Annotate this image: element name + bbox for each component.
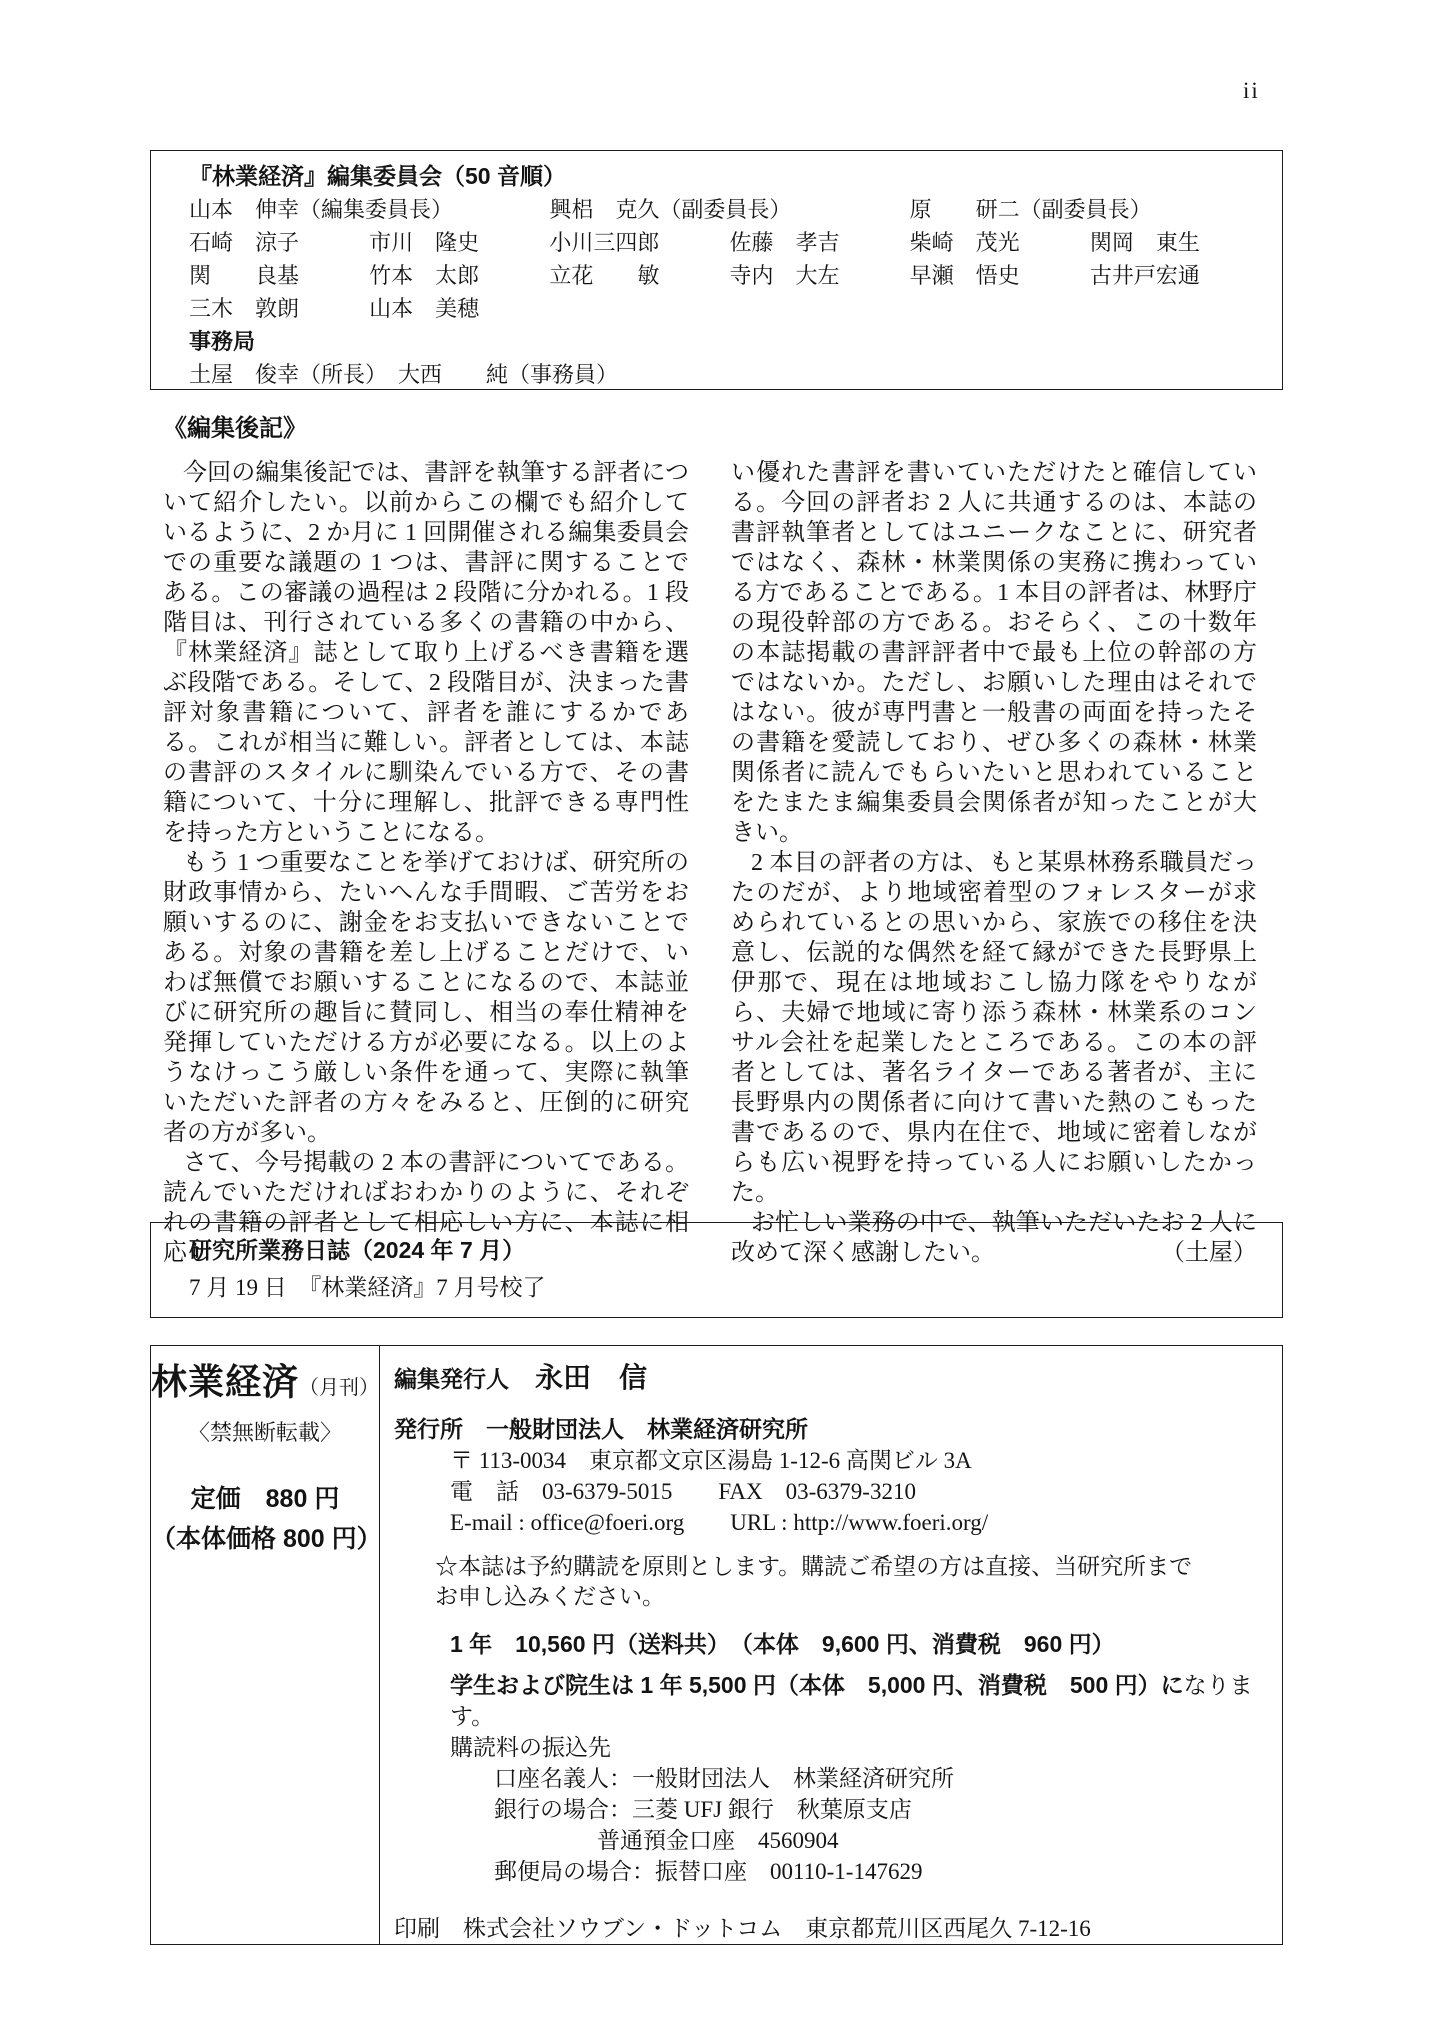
colophon-box: 林業経済（月刊） 〈禁無断転載〉 定価 880 円 （本体価格 800 円） 編… (150, 1345, 1283, 1945)
editor-name: 永田 信 (535, 1362, 647, 1393)
editor-row: 編集発行人永田 信 (394, 1360, 1272, 1401)
committee-member: 古井戸宏通 (1090, 259, 1270, 292)
student-price: 学生および院生は 1 年 5,500 円（本体 5,000 円、消費税 500 … (394, 1670, 1272, 1732)
student-price-bold: 学生および院生は 1 年 5,500 円（本体 5,000 円、消費税 500 … (450, 1672, 1184, 1698)
committee-member: 三木 敦朗 (189, 292, 369, 325)
committee-member: 石崎 涼子 (189, 226, 369, 259)
publisher-row: 発行所 一般財団法人 林業経済研究所 (394, 1413, 1272, 1445)
secretariat-label: 事務局 (189, 325, 1270, 358)
transfer-heading: 購読料の振込先 (394, 1732, 1272, 1763)
committee-member: 山本 美穂 (369, 292, 549, 325)
committee-member: 佐藤 孝吉 (730, 226, 910, 259)
annual-price: 1 年 10,560 円（送料共） （本体 9,600 円、消費税 960 円） (394, 1628, 1272, 1660)
phone-fax-line: 電 話 03-6379-5015 FAX 03-6379-3210 (394, 1476, 1272, 1507)
committee-member: 寺内 大左 (730, 259, 910, 292)
committee-member: 早瀬 悟史 (910, 259, 1090, 292)
subscription-note: ☆本誌は予約購読を原則とします。購読ご希望の方は直接、当研究所までお申し込みくだ… (394, 1552, 1215, 1612)
email-url-line: E-mail : office@foeri.org URL : http://w… (394, 1507, 1272, 1538)
journal-frequency: （月刊） (299, 1377, 379, 1399)
paragraph: 今回の編集後記では、書評を執筆する評者について紹介したい。以前からこの欄でも紹介… (163, 458, 689, 848)
postscript-column-left: 今回の編集後記では、書評を執筆する評者について紹介したい。以前からこの欄でも紹介… (163, 458, 689, 1268)
paragraph: 2 本目の評者の方は、もと某県林務系職員だったのだが、より地域密着型のフォレスタ… (731, 848, 1257, 1208)
committee-member-grid: 山本 伸幸（編集委員長） 興梠 克久（副委員長） 原 研二（副委員長） 石崎 涼… (189, 193, 1270, 325)
no-reproduction-notice: 〈禁無断転載〉 (151, 1416, 379, 1447)
postscript-columns: 今回の編集後記では、書評を執筆する評者について紹介したい。以前からこの欄でも紹介… (150, 458, 1283, 1268)
committee-officer: 興梠 克久（副委員長） (549, 193, 909, 226)
institute-diary-box: 研究所業務日誌（2024 年 7 月） 7 月 19 日 『林業経済』7 月号校… (150, 1222, 1283, 1318)
diary-entry: 7 月 19 日 『林業経済』7 月号校了 (189, 1269, 1270, 1306)
journal-colophon-page: ii 『林業経済』編集委員会（50 音順） 山本 伸幸（編集委員長） 興梠 克久… (0, 0, 1434, 2024)
postscript-column-right: い優れた書評を書いていただけたと確信している。今回の評者お 2 人に共通するのは… (731, 458, 1257, 1268)
colophon-right-panel: 編集発行人永田 信 発行所 一般財団法人 林業経済研究所 〒 113-0034 … (379, 1346, 1282, 1944)
journal-title-row: 林業経済（月刊） (151, 1362, 379, 1402)
committee-title: 『林業経済』編集委員会（50 音順） (189, 160, 1270, 193)
secretariat-members: 土屋 俊幸（所長） 大西 純（事務員） (189, 358, 1270, 391)
postal-transfer-line: 郵便局の場合：振替口座 00110-1-147629 (394, 1856, 1272, 1887)
committee-member: 小川三四郎 (549, 226, 729, 259)
editorial-committee-box: 『林業経済』編集委員会（50 音順） 山本 伸幸（編集委員長） 興梠 克久（副委… (150, 150, 1283, 390)
postscript-heading: 《編集後記》 (163, 414, 1283, 444)
committee-officer: 原 研二（副委員長） (910, 193, 1270, 226)
editor-label: 編集発行人 (394, 1366, 509, 1392)
journal-title: 林業経済 (151, 1361, 299, 1402)
bank-line: 銀行の場合：三菱 UFJ 銀行 秋葉原支店 (394, 1794, 1272, 1825)
colophon-left-panel: 林業経済（月刊） 〈禁無断転載〉 定価 880 円 （本体価格 800 円） (151, 1346, 379, 1944)
paragraph: もう 1 つ重要なことを挙げておけば、研究所の財政事情から、たいへんな手間暇、ご… (163, 848, 689, 1148)
publisher-address: 〒 113-0034 東京都文京区湯島 1-12-6 高関ビル 3A (394, 1445, 1272, 1476)
committee-officer: 山本 伸幸（編集委員長） (189, 193, 549, 226)
printer-line: 印刷 株式会社ソウブン・ドットコム 東京都荒川区西尾久 7-12-16 (394, 1913, 1272, 1944)
bank-account: 普通預金口座 4560904 (394, 1825, 1272, 1856)
account-holder: 口座名義人：一般財団法人 林業経済研究所 (394, 1763, 1272, 1794)
committee-member: 市川 隆史 (369, 226, 549, 259)
committee-member: 関岡 東生 (1090, 226, 1270, 259)
committee-member: 立花 敏 (549, 259, 729, 292)
editorial-postscript: 《編集後記》 今回の編集後記では、書評を執筆する評者について紹介したい。以前から… (150, 414, 1283, 1268)
page-number: ii (1243, 78, 1260, 104)
paragraph: い優れた書評を書いていただけたと確信している。今回の評者お 2 人に共通するのは… (731, 458, 1257, 848)
cover-price: 定価 880 円 (151, 1479, 379, 1515)
base-price-note: （本体価格 800 円） (151, 1519, 379, 1555)
committee-member: 関 良基 (189, 259, 369, 292)
committee-member: 柴崎 茂光 (910, 226, 1090, 259)
committee-member: 竹本 太郎 (369, 259, 549, 292)
diary-title: 研究所業務日誌（2024 年 7 月） (189, 1232, 1270, 1269)
